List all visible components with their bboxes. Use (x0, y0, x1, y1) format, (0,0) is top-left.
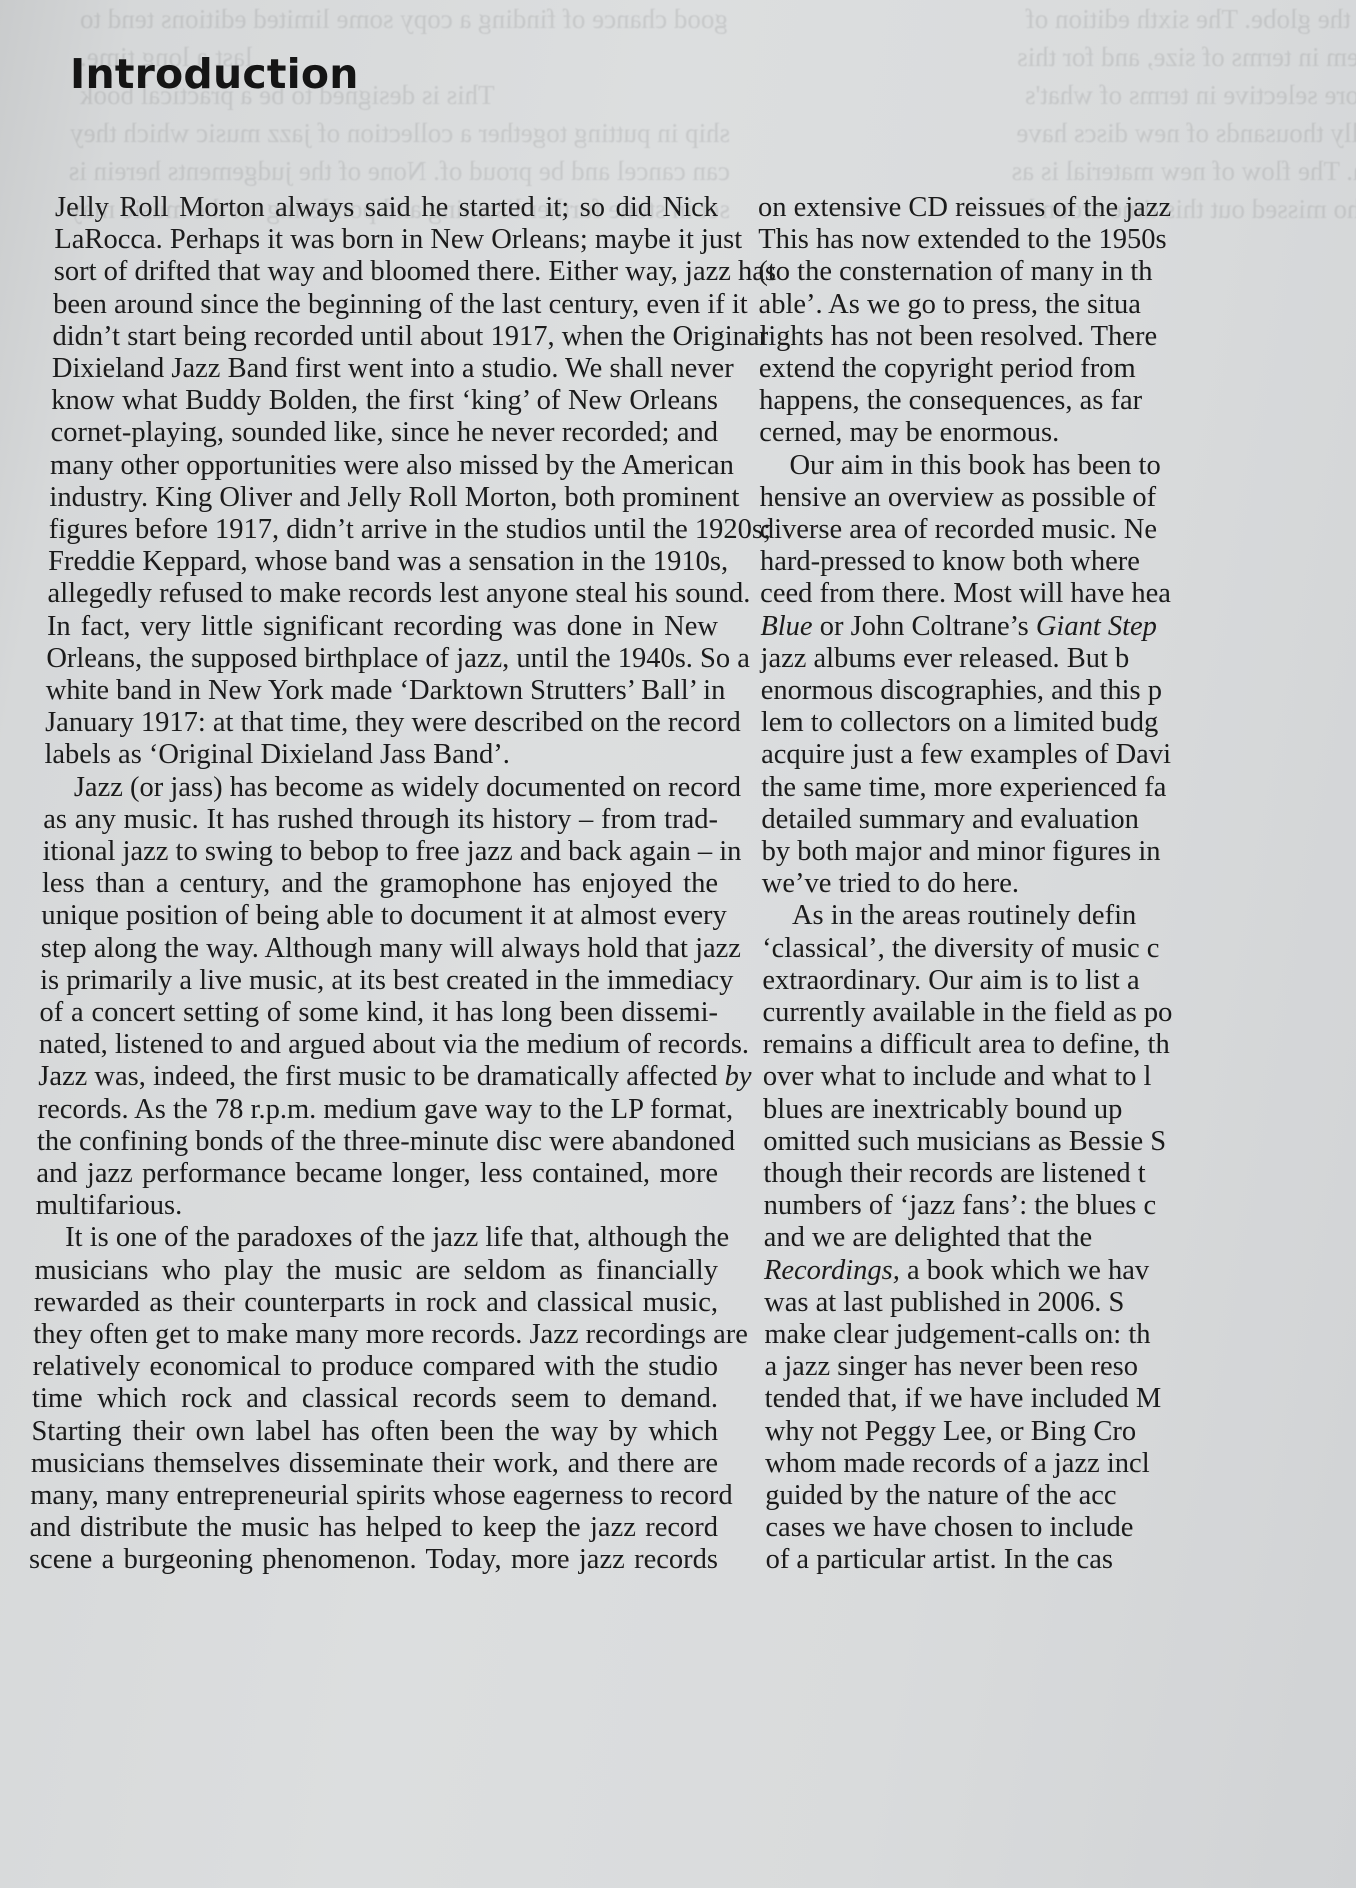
text-line: musicians who play the music are seldom … (35, 1253, 718, 1289)
text-line: and we are delighted that the (764, 1220, 1356, 1256)
text-line: itional jazz to swing to bebop to free j… (43, 834, 718, 870)
text-line: allegedly refused to make records lest a… (48, 576, 718, 612)
text-line: the confining bonds of the three-minute … (37, 1124, 718, 1160)
text-line: cerned, may be enormous. (759, 415, 1356, 451)
text-line: step along the way. Although many will a… (41, 931, 718, 967)
text-line: labels as ‘Original Dixieland Jass Band’… (44, 737, 718, 773)
text-line: enormous discographies, and this p (761, 673, 1356, 709)
text-line: many, many entrepreneurial spirits whose… (30, 1478, 718, 1514)
text-line: jazz albums ever released. But b (761, 641, 1356, 677)
text-line: Orleans, the supposed birthplace of jazz… (46, 641, 718, 677)
text-line: diverse area of recorded music. Ne (760, 512, 1356, 548)
text-line: Starting their own label has often been … (31, 1414, 718, 1450)
text-line: Our aim in this book has been to (759, 448, 1356, 484)
text-line: multifarious. (36, 1188, 718, 1224)
text-line: many other opportunities were also misse… (50, 448, 718, 484)
text-line: ceed from there. Most will have hea (760, 576, 1356, 612)
text-line: been around since the beginning of the l… (53, 287, 718, 323)
text-line: LaRocca. Perhaps it was born in New Orle… (54, 222, 718, 258)
text-line: they often get to make many more records… (33, 1317, 718, 1353)
text-run: or John Coltrane’s (813, 611, 1036, 642)
text-line: over what to include and what to l (763, 1059, 1356, 1095)
text-line: though their records are listened t (763, 1156, 1356, 1192)
text-line: sort of drifted that way and bloomed the… (54, 254, 718, 290)
text-line: records. As the 78 r.p.m. medium gave wa… (38, 1092, 718, 1128)
text-line: relatively economical to produce compare… (33, 1349, 718, 1385)
italic-run: by (725, 1061, 752, 1092)
text-run: a book which we hav (900, 1255, 1149, 1286)
text-line: omitted such musicians as Bessie S (763, 1124, 1356, 1160)
text-line: we’ve tried to do here. (762, 866, 1356, 902)
text-line: on extensive CD reissues of the jazz (758, 190, 1356, 226)
text-line: white band in New York made ‘Darktown St… (46, 673, 718, 709)
text-line: extraordinary. Our aim is to list a (762, 963, 1356, 999)
text-line: able’. As we go to press, the situa (759, 287, 1356, 323)
text-line: figures before 1917, didn’t arrive in th… (49, 512, 718, 548)
italic-run: Blue (760, 611, 812, 642)
text-line: This has now extended to the 1950s (758, 222, 1356, 258)
text-line: lem to collectors on a limited budg (761, 705, 1356, 741)
text-line: Dixieland Jazz Band first went into a st… (52, 351, 718, 387)
text-line: a jazz singer has never been reso (764, 1349, 1356, 1385)
text-line: ‘classical’, the diversity of music c (762, 931, 1356, 967)
text-line: by both major and minor figures in (762, 834, 1356, 870)
text-line: As in the areas routinely defin (762, 898, 1356, 934)
text-line: unique position of being able to documen… (41, 898, 718, 934)
text-line: less than a century, and the gramophone … (42, 866, 718, 902)
text-line: musicians themselves disseminate their w… (31, 1446, 718, 1482)
text-line: hard-pressed to know both where (760, 544, 1356, 580)
text-line: is primarily a live music, at its best c… (40, 963, 718, 999)
text-line: currently available in the field as po (763, 995, 1356, 1031)
text-line: make clear judgement-calls on: th (764, 1317, 1356, 1353)
italic-run: Recordings, (764, 1255, 900, 1286)
text-line: nated, listened to and argued about via … (39, 1027, 718, 1063)
text-line: guided by the nature of the acc (765, 1478, 1356, 1514)
book-page: good chance of finding a copy some limit… (0, 0, 1356, 1888)
text-line: acquire just a few examples of Davi (761, 737, 1356, 773)
text-line: and distribute the music has helped to k… (30, 1510, 718, 1546)
text-line: In fact, very little significant recordi… (47, 609, 718, 645)
text-line: January 1917: at that time, they were de… (45, 705, 718, 741)
text-line: extend the copyright period from (759, 351, 1356, 387)
text-line: Jazz was, indeed, the first music to be … (38, 1059, 718, 1095)
text-line: rewarded as their counterparts in rock a… (34, 1285, 718, 1321)
chapter-heading: Introduction (70, 50, 359, 98)
text-line: was at last published in 2006. S (764, 1285, 1356, 1321)
text-line: scene a burgeoning phenomenon. Today, mo… (29, 1542, 718, 1578)
text-line: know what Buddy Bolden, the first ‘king’… (51, 383, 718, 419)
text-line: (to the consternation of many in th (758, 254, 1356, 290)
italic-run: Giant Step (1036, 611, 1157, 642)
text-line: happens, the consequences, as far (759, 383, 1356, 419)
text-line: time which rock and classical records se… (32, 1381, 718, 1417)
text-line: why not Peggy Lee, or Bing Cro (765, 1414, 1356, 1450)
text-line: the same time, more experienced fa (761, 770, 1356, 806)
text-line: Recordings, a book which we hav (764, 1253, 1356, 1289)
text-run: Jazz was, indeed, the first music to be … (38, 1061, 724, 1092)
text-line: Jelly Roll Morton always said he started… (55, 190, 718, 226)
text-line: Freddie Keppard, whose band was a sensat… (48, 544, 718, 580)
text-line: as any music. It has rushed through its … (43, 802, 718, 838)
text-line: Jazz (or jass) has become as widely docu… (44, 770, 718, 806)
text-line: rights has not been resolved. There (759, 319, 1356, 355)
text-line: of a concert setting of some kind, it ha… (40, 995, 719, 1031)
text-line: industry. King Oliver and Jelly Roll Mor… (49, 480, 718, 516)
text-line: tended that, if we have included M (765, 1381, 1356, 1417)
text-line: cases we have chosen to include (765, 1510, 1356, 1546)
text-line: cornet-playing, sounded like, since he n… (51, 415, 718, 451)
text-line: hensive an overview as possible of (760, 480, 1356, 516)
text-line: numbers of ‘jazz fans’: the blues c (764, 1188, 1356, 1224)
text-line: and jazz performance became longer, less… (36, 1156, 718, 1192)
text-line: remains a difficult area to define, th (763, 1027, 1356, 1063)
text-line: Blue or John Coltrane’s Giant Step (760, 609, 1356, 645)
text-line: detailed summary and evaluation (761, 802, 1356, 838)
text-line: blues are inextricably bound up (763, 1092, 1356, 1128)
text-line: whom made records of a jazz incl (765, 1446, 1356, 1482)
text-line: It is one of the paradoxes of the jazz l… (35, 1220, 718, 1256)
text-line: didn’t start being recorded until about … (53, 319, 718, 355)
text-line: of a particular artist. In the cas (766, 1542, 1356, 1578)
